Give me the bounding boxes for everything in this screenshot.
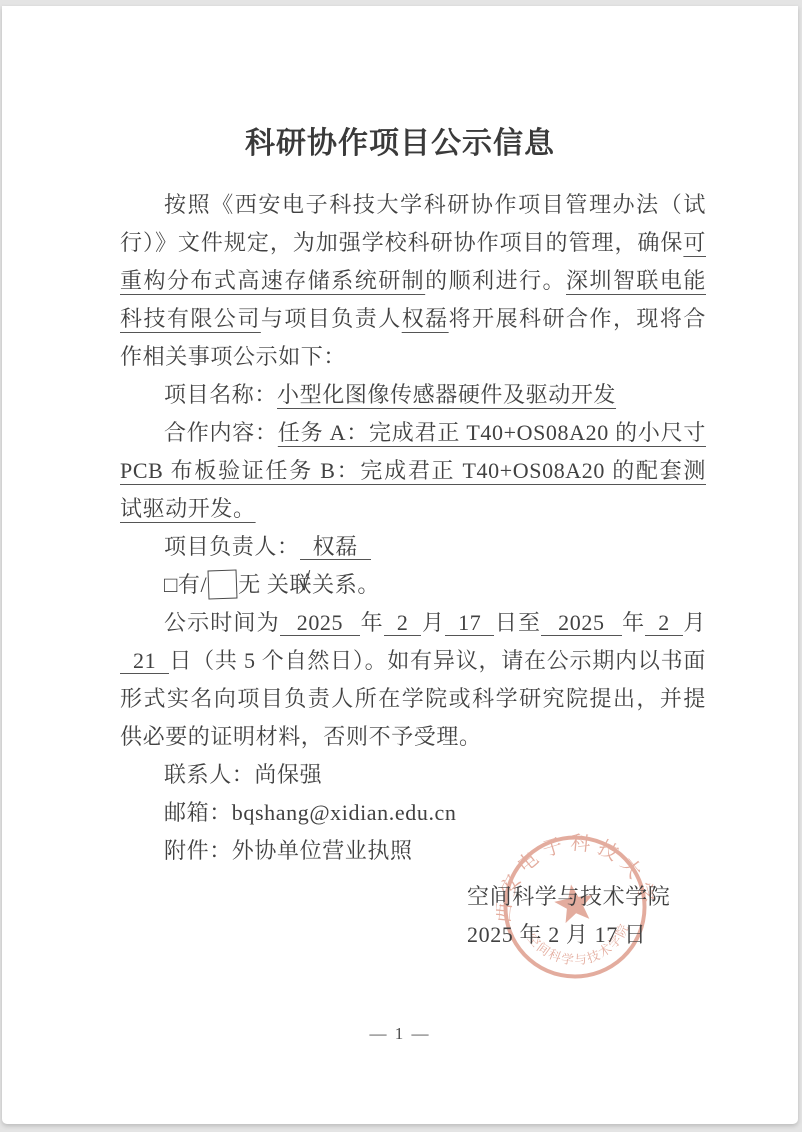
start-day-value: 17 [445,610,494,636]
scanned-page: 科研协作项目公示信息 按照《西安电子科技大学科研协作项目管理办法（试行）》文件规… [2,6,798,1124]
document-body: 按照《西安电子科技大学科研协作项目管理办法（试行）》文件规定，为加强学校科研协作… [2,186,798,954]
project-leader-name-inline: 权磊 [402,306,449,331]
attachment-line: 附件：外协单位营业执照 [120,832,706,870]
no-relation-checkbox: √ [208,570,238,600]
check-icon: √ [253,570,312,597]
end-day-value: 21 [120,648,169,674]
publicity-prefix: 公示时间为 [164,610,280,635]
intro-text-pre: 按照《西安电子科技大学科研协作项目管理办法（试行）》文件规定，为加强学校科研协作… [120,192,706,255]
project-name-label: 项目名称： [164,382,277,407]
field-cooperation: 合作内容：任务 A：完成君正 T40+OS08A20 的小尺寸 PCB 布板验证… [120,414,706,528]
signature-date: 2025 年 2 月 17 日 [467,916,706,954]
relation-has-option: □有/ [164,572,207,597]
page-number: — 1 — [2,1024,798,1044]
document-title: 科研协作项目公示信息 [2,118,798,162]
relation-line: □有/√无 关联关系。 [120,566,706,604]
signature-department: 空间科学与技术学院 [467,878,706,916]
year-unit-1: 年 [360,610,384,635]
intro-text-mid2: 与项目负责人 [261,306,402,331]
contact-email-line: 邮箱：bqshang@xidian.edu.cn [120,794,706,832]
intro-paragraph: 按照《西安电子科技大学科研协作项目管理办法（试行）》文件规定，为加强学校科研协作… [120,186,706,376]
year-unit-2: 年 [622,610,646,635]
field-project-leader: 项目负责人：权磊 [120,528,706,566]
field-project-name: 项目名称：小型化图像传感器硬件及驱动开发 [120,376,706,414]
project-name-value: 小型化图像传感器硬件及驱动开发 [277,382,616,407]
intro-text-mid1: 的顺利进行。 [425,268,566,293]
end-year-value: 2025 [541,610,621,636]
to-label: 日至 [494,610,541,635]
contact-person-line: 联系人：尚保强 [120,756,706,794]
cooperation-label: 合作内容： [164,420,278,445]
project-leader-value: 权磊 [300,534,371,560]
publicity-suffix: 日（共 5 个自然日）。如有异议，请在公示期内以书面形式实名向项目负责人所在学院… [120,648,706,749]
publicity-period-paragraph: 公示时间为2025年2月17日至2025年2月21日（共 5 个自然日）。如有异… [120,604,706,756]
project-leader-label: 项目负责人： [164,534,300,559]
month-unit-2: 月 [683,610,706,635]
end-month-value: 2 [645,610,683,636]
start-year-value: 2025 [280,610,360,636]
signature-block: 空间科学与技术学院 2025 年 2 月 17 日 [467,878,706,954]
start-month-value: 2 [384,610,422,636]
month-unit-1: 月 [421,610,445,635]
